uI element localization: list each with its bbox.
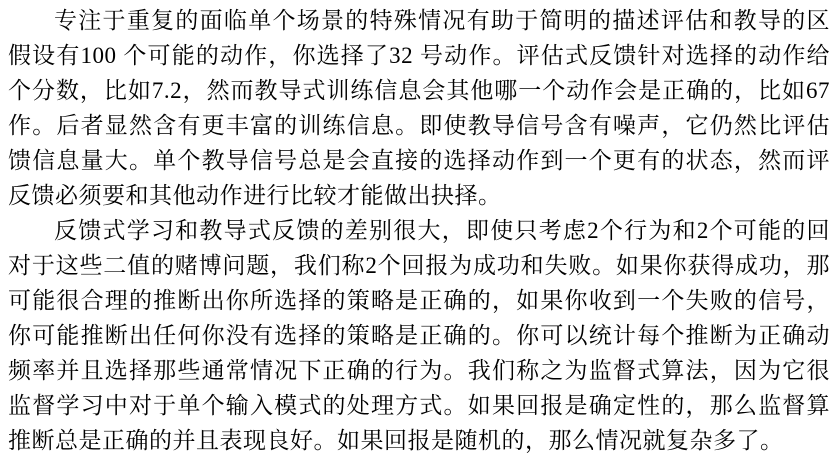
text-line: 监督学习中对于单个输入模式的处理方式。如果回报是确定性的，那么监督算法的	[8, 388, 830, 423]
paragraph-evaluative-vs-instructive: 专注于重复的面临单个场景的特殊情况有助于简明的描述评估和教导的区别。假设有100…	[8, 3, 830, 213]
text-line: 假设有100 个可能的动作，你选择了32 号动作。评估式反馈针对选择的动作给你一	[8, 38, 830, 73]
text-line: 作。后者显然含有更丰富的训练信息。即使教导信号含有噪声，它仍然比评估式反	[8, 108, 830, 143]
text-line: 频率并且选择那些通常情况下正确的行为。我们称之为监督式算法，因为它很符合	[8, 353, 830, 388]
document-page: 专注于重复的面临单个场景的特殊情况有助于简明的描述评估和教导的区别。假设有100…	[0, 0, 838, 455]
paragraph-feedback-learning: 反馈式学习和教导式反馈的差别很大，即使只考虑2个行为和2个可能的回报。对于这些二…	[8, 213, 830, 455]
text-line: 专注于重复的面临单个场景的特殊情况有助于简明的描述评估和教导的区别。	[8, 3, 830, 38]
text-line: 推断总是正确的并且表现良好。如果回报是随机的，那么情况就复杂多了。	[8, 423, 830, 455]
text-line: 你可能推断出任何你没有选择的策略是正确的。你可以统计每个推断为正确动作的	[8, 318, 830, 353]
text-line: 可能很合理的推断出你所选择的策略是正确的，如果你收到一个失败的信号，那么	[8, 283, 830, 318]
text-line: 反馈必须要和其他动作进行比较才能做出抉择。	[8, 178, 830, 213]
text-line: 馈信息量大。单个教导信号总是会直接的选择动作到一个更有的状态，然而评估式	[8, 143, 830, 178]
text-line: 反馈式学习和教导式反馈的差别很大，即使只考虑2个行为和2个可能的回报。	[8, 213, 830, 248]
text-line: 对于这些二值的赌博问题，我们称2个回报为成功和失败。如果你获得成功，那么你	[8, 248, 830, 283]
text-line: 个分数，比如7.2，然而教导式训练信息会其他哪一个动作会是正确的，比如67号动	[8, 73, 830, 108]
